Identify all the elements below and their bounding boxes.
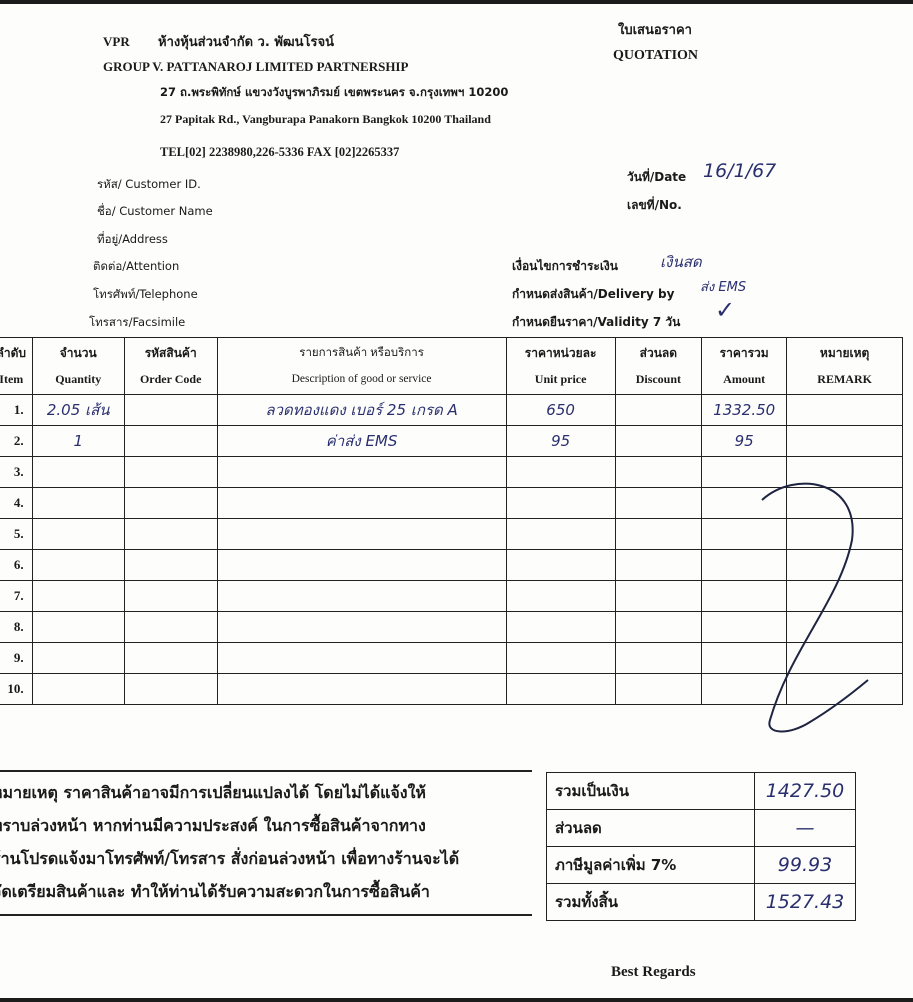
unit-price-cell — [506, 612, 615, 643]
quantity-cell — [32, 488, 124, 519]
unit-price-cell — [506, 457, 615, 488]
doc-title-en: QUOTATION — [613, 48, 698, 64]
company-name-th: ห้างหุ้นส่วนจำกัด ว. พัฒนโรจน์ — [158, 31, 334, 52]
company-contact: TEL[02] 2238980,226-5336 FAX [02]2265337 — [160, 145, 399, 160]
item-number: 9. — [0, 643, 32, 674]
order-code-cell — [124, 674, 217, 705]
vat-row: ภาษีมูลค่าเพิ่ม 7% 99.93 — [547, 847, 856, 884]
discount-cell — [615, 674, 701, 705]
unit-price-cell: 95 — [506, 426, 615, 457]
table-header-row: ลำดับItem จำนวนQuantity รหัสสินค้าOrder … — [0, 338, 903, 395]
discount-cell — [615, 643, 701, 674]
company-name-en: GROUP V. PATTANAROJ LIMITED PARTNERSHIP — [103, 59, 408, 75]
vat-value: 99.93 — [755, 847, 856, 884]
discount-cell — [615, 519, 701, 550]
delivery-value: ส่ง EMS — [700, 276, 746, 297]
item-number: 6. — [0, 550, 32, 581]
customer-telephone-label: โทรศัพท์/Telephone — [93, 286, 198, 304]
subtotal-row: รวมเป็นเงิน 1427.50 — [547, 773, 856, 810]
bottom-edge — [0, 998, 913, 1002]
note-bottom-rule — [0, 914, 532, 916]
header-remark: หมายเหตุREMARK — [787, 338, 903, 395]
payment-terms-value: เงินสด — [660, 250, 702, 274]
grand-total-row: รวมทั้งสิ้น 1527.43 — [547, 884, 856, 921]
discount-label: ส่วนลด — [547, 810, 755, 847]
item-number: 8. — [0, 612, 32, 643]
item-number: 1. — [0, 395, 32, 426]
discount-cell — [615, 612, 701, 643]
item-number: 2. — [0, 426, 32, 457]
order-code-cell — [124, 581, 217, 612]
note-line: จัดเตรียมสินค้าและ ทำให้ท่านได้รับความสะ… — [0, 875, 459, 908]
grand-total-label: รวมทั้งสิ้น — [547, 884, 755, 921]
header-amount: ราคารวมAmount — [702, 338, 787, 395]
doc-title-th: ใบเสนอราคา — [618, 19, 692, 40]
doc-no-label: เลขที่/No. — [627, 196, 682, 215]
item-number: 3. — [0, 457, 32, 488]
note-line: ทราบล่วงหน้า หากท่านมีความประสงค์ ในการซ… — [0, 809, 459, 842]
quantity-cell — [32, 457, 124, 488]
unit-price-cell — [506, 674, 615, 705]
delivery-label: กำหนดส่งสินค้า/Delivery by — [512, 285, 674, 304]
company-address-en: 27 Papitak Rd., Vangburapa Panakorn Bang… — [160, 112, 491, 127]
quantity-cell — [32, 612, 124, 643]
table-row: 2.1ค่าส่ง EMS9595 — [0, 426, 903, 457]
discount-value: — — [755, 810, 856, 847]
description-cell — [217, 612, 506, 643]
quantity-cell — [32, 643, 124, 674]
discount-row: ส่วนลด — — [547, 810, 856, 847]
vat-label: ภาษีมูลค่าเพิ่ม 7% — [547, 847, 755, 884]
unit-price-cell — [506, 488, 615, 519]
description-cell — [217, 643, 506, 674]
note-line: ร้านโปรดแจ้งมาโทรศัพท์/โทรสาร สั่งก่อนล่… — [0, 842, 459, 875]
discount-cell — [615, 550, 701, 581]
order-code-cell — [124, 426, 217, 457]
discount-cell — [615, 395, 701, 426]
header-unit-price: ราคาหน่วยละUnit price — [506, 338, 615, 395]
unit-price-cell — [506, 581, 615, 612]
customer-fax-label: โทรสาร/Facsimile — [89, 314, 185, 332]
item-number: 4. — [0, 488, 32, 519]
subtotal-value: 1427.50 — [755, 773, 856, 810]
order-code-cell — [124, 550, 217, 581]
unit-price-cell — [506, 519, 615, 550]
description-cell: ลวดทองแดง เบอร์ 25 เกรด A — [217, 395, 506, 426]
customer-attention-label: ติดต่อ/Attention — [93, 258, 179, 276]
note-top-rule — [0, 770, 532, 772]
description-cell: ค่าส่ง EMS — [217, 426, 506, 457]
order-code-cell — [124, 395, 217, 426]
description-cell — [217, 519, 506, 550]
item-number: 7. — [0, 581, 32, 612]
company-address-th: 27 ถ.พระพิทักษ์ แขวงวังบูรพาภิรมย์ เขตพร… — [160, 84, 508, 102]
note-line: หมายเหตุ ราคาสินค้าอาจมีการเปลี่ยนแปลงได… — [0, 776, 459, 809]
payment-terms-label: เงื่อนไขการชำระเงิน — [512, 257, 618, 276]
quantity-cell — [32, 519, 124, 550]
customer-name-label: ชื่อ/ Customer Name — [97, 203, 213, 221]
description-cell — [217, 457, 506, 488]
order-code-cell — [124, 457, 217, 488]
amount-cell: 1332.50 — [702, 395, 787, 426]
discount-cell — [615, 457, 701, 488]
order-code-cell — [124, 519, 217, 550]
item-number: 5. — [0, 519, 32, 550]
grand-total-value: 1527.43 — [755, 884, 856, 921]
unit-price-cell — [506, 550, 615, 581]
remark-cell — [787, 426, 903, 457]
item-number: 10. — [0, 674, 32, 705]
header-item: ลำดับItem — [0, 338, 32, 395]
note-block: หมายเหตุ ราคาสินค้าอาจมีการเปลี่ยนแปลงได… — [0, 776, 459, 908]
discount-cell — [615, 426, 701, 457]
date-value: 16/1/67 — [703, 160, 776, 182]
order-code-cell — [124, 488, 217, 519]
date-label: วันที่/Date — [627, 168, 686, 187]
description-cell — [217, 581, 506, 612]
description-cell — [217, 488, 506, 519]
order-code-cell — [124, 643, 217, 674]
top-edge — [0, 0, 913, 4]
quantity-cell: 1 — [32, 426, 124, 457]
header-description: รายการสินค้า หรือบริการDescription of go… — [217, 338, 506, 395]
best-regards: Best Regards — [611, 964, 696, 981]
order-code-cell — [124, 612, 217, 643]
company-code: VPR — [103, 34, 130, 50]
quantity-cell — [32, 674, 124, 705]
customer-address-label: ที่อยู่/Address — [97, 231, 168, 249]
totals-table: รวมเป็นเงิน 1427.50 ส่วนลด — ภาษีมูลค่าเ… — [546, 772, 856, 921]
check-mark-icon: ✓ — [715, 296, 735, 324]
subtotal-label: รวมเป็นเงิน — [547, 773, 755, 810]
header-order-code: รหัสสินค้าOrder Code — [124, 338, 217, 395]
handwritten-scribble-icon — [740, 460, 870, 735]
customer-id-label: รหัส/ Customer ID. — [97, 176, 201, 194]
amount-cell: 95 — [702, 426, 787, 457]
table-row: 1.2.05 เส้นลวดทองแดง เบอร์ 25 เกรด A6501… — [0, 395, 903, 426]
validity-label: กำหนดยืนราคา/Validity 7 วัน — [512, 313, 680, 332]
header-discount: ส่วนลดDiscount — [615, 338, 701, 395]
unit-price-cell: 650 — [506, 395, 615, 426]
description-cell — [217, 550, 506, 581]
discount-cell — [615, 581, 701, 612]
quantity-cell — [32, 581, 124, 612]
header-quantity: จำนวนQuantity — [32, 338, 124, 395]
quantity-cell: 2.05 เส้น — [32, 395, 124, 426]
discount-cell — [615, 488, 701, 519]
unit-price-cell — [506, 643, 615, 674]
remark-cell — [787, 395, 903, 426]
quantity-cell — [32, 550, 124, 581]
description-cell — [217, 674, 506, 705]
